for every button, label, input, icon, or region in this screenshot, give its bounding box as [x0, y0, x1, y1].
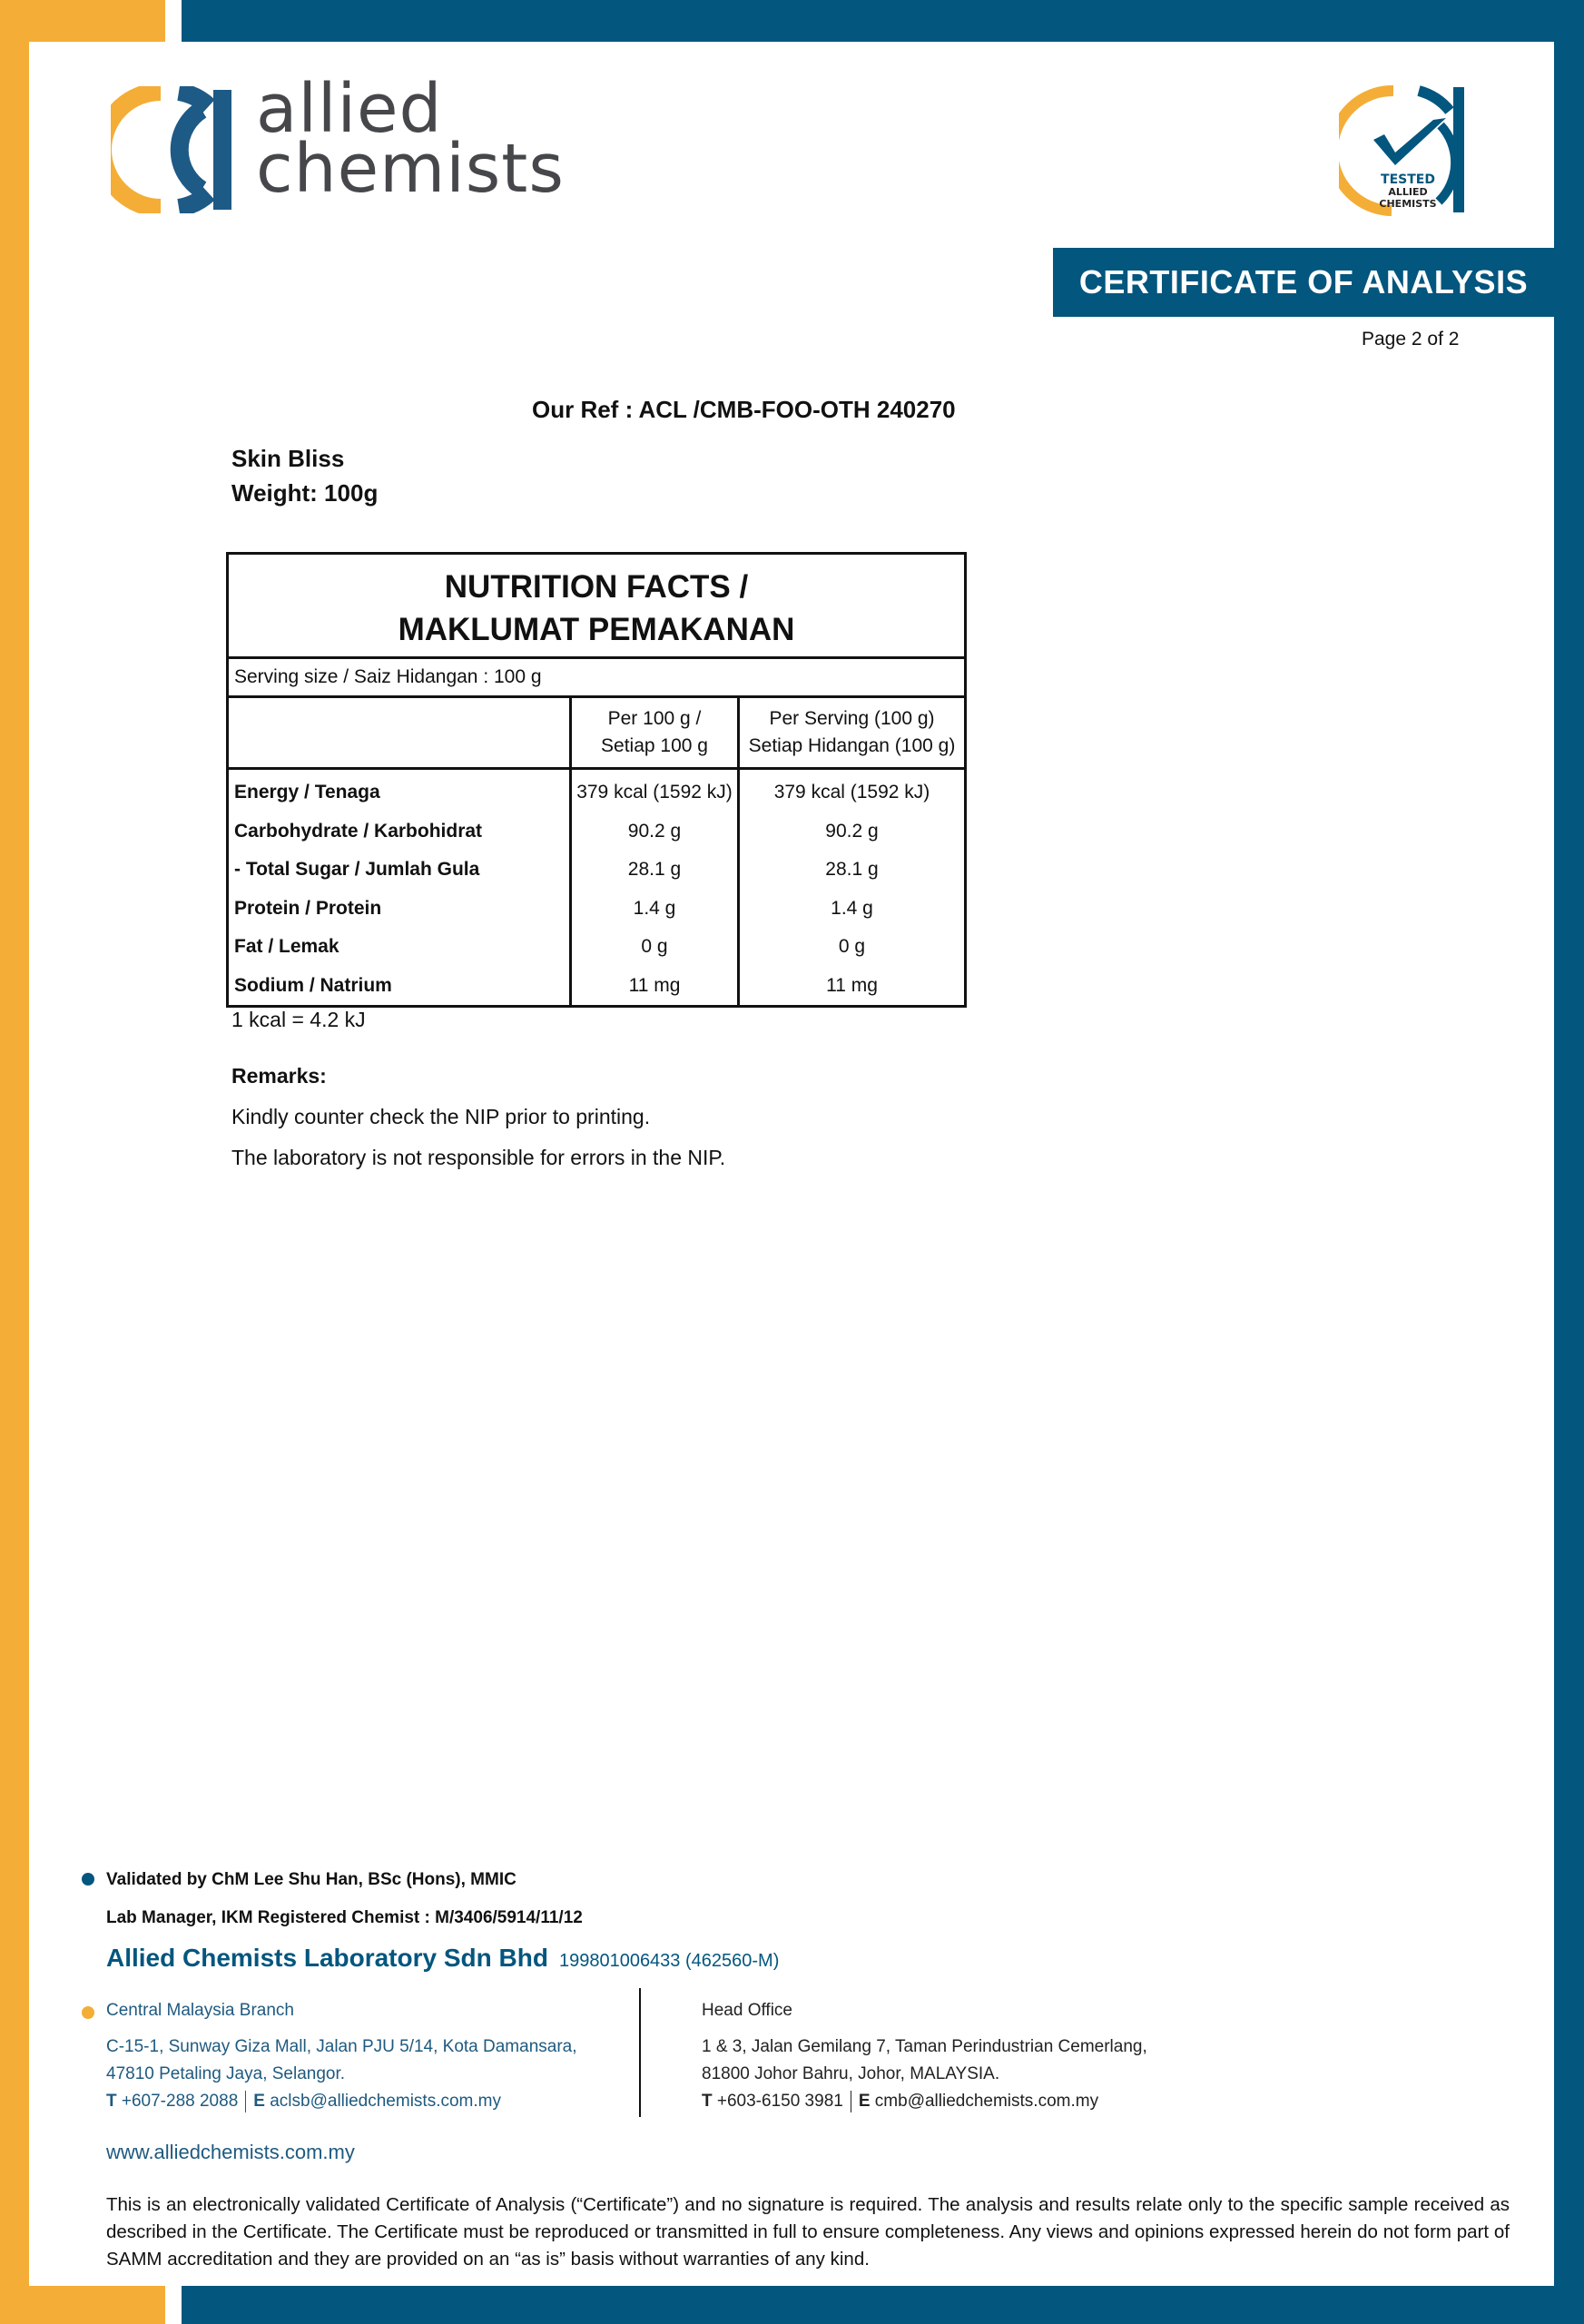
divider [851, 2091, 851, 2112]
frame-blue-top [182, 0, 1584, 42]
nutrient-name: Sodium / Natrium [229, 967, 572, 1006]
product-name: Skin Bliss [231, 441, 378, 476]
head-office-contact: T +603-6150 3981E cmb@alliedchemists.com… [702, 2088, 1147, 2115]
col2-label-en: Per Serving (100 g) [742, 705, 962, 733]
col1-label-ms: Setiap 100 g [574, 733, 735, 760]
branch-address: Central Malaysia Branch C-15-1, Sunway G… [106, 1997, 577, 2115]
nutrient-name: - Total Sugar / Jumlah Gula [229, 851, 572, 890]
column-header-per-serving: Per Serving (100 g) Setiap Hidangan (100… [740, 698, 964, 770]
bullet-blue-icon [82, 1873, 94, 1886]
tel-label: T [106, 2092, 117, 2111]
logo-word-chemists: chemists [256, 139, 565, 199]
head-office-address: Head Office 1 & 3, Jalan Gemilang 7, Tam… [702, 1997, 1147, 2115]
frame-blue-right [1554, 0, 1584, 2324]
nutrient-name: Protein / Protein [229, 890, 572, 929]
branch-address-line: 47810 Petaling Jaya, Selangor. [106, 2061, 577, 2088]
validation-info: Validated by ChM Lee Shu Han, BSc (Hons)… [106, 1861, 583, 1937]
nutrient-value-per-100g: 379 kcal (1592 kJ) [572, 770, 740, 812]
nutrient-value-per-serving: 28.1 g [740, 851, 964, 890]
company-line: Allied Chemists Laboratory Sdn Bhd199801… [106, 1944, 779, 1973]
divider [245, 2091, 246, 2112]
remark-line: The laboratory is not responsible for er… [231, 1146, 725, 1170]
nutrition-grid: Per 100 g / Setiap 100 g Per Serving (10… [229, 698, 964, 1005]
remark-line: Kindly counter check the NIP prior to pr… [231, 1105, 650, 1129]
badge-text: TESTED ALLIED CHEMISTS [1372, 174, 1444, 210]
company-registration: 199801006433 (462560-M) [559, 1951, 779, 1971]
nutrition-table-title: NUTRITION FACTS / MAKLUMAT PEMAKANAN [229, 555, 964, 659]
bullet-orange-icon [82, 2006, 94, 2019]
lab-manager-registration: Lab Manager, IKM Registered Chemist : M/… [106, 1899, 583, 1937]
branch-address-line: C-15-1, Sunway Giza Mall, Jalan PJU 5/14… [106, 2033, 577, 2061]
head-office-address-line: 1 & 3, Jalan Gemilang 7, Taman Perindust… [702, 2033, 1147, 2061]
column-header-per-100g: Per 100 g / Setiap 100 g [572, 698, 740, 770]
reference-number: Our Ref : ACL /CMB-FOO-OTH 240270 [532, 396, 956, 424]
email-label: E [253, 2092, 265, 2111]
head-office-address-line: 81800 Johor Bahru, Johor, MALAYSIA. [702, 2061, 1147, 2088]
nutrient-value-per-serving: 90.2 g [740, 812, 964, 852]
address-divider [639, 1988, 641, 2117]
nutrition-title-ms: MAKLUMAT PEMAKANAN [229, 608, 964, 651]
head-office-title: Head Office [702, 1997, 1147, 2024]
remarks-heading: Remarks: [231, 1064, 327, 1088]
website-link[interactable]: www.alliedchemists.com.my [106, 2141, 355, 2164]
branch-email-link[interactable]: aclsb@alliedchemists.com.my [270, 2092, 501, 2111]
tested-badge: TESTED ALLIED CHEMISTS [1339, 84, 1475, 220]
nutrient-value-per-100g: 11 mg [572, 967, 740, 1006]
nutrient-value-per-serving: 11 mg [740, 967, 964, 1006]
tel-label: T [702, 2092, 713, 2111]
nutrient-value-per-100g: 28.1 g [572, 851, 740, 890]
company-logo: allied chemists [111, 86, 546, 213]
frame-orange-left [0, 0, 29, 2324]
nutrition-title-en: NUTRITION FACTS / [229, 566, 964, 608]
badge-chemists: CHEMISTS [1372, 198, 1444, 210]
nutrient-value-per-serving: 1.4 g [740, 890, 964, 929]
column-header-nutrient [229, 698, 572, 770]
disclaimer: This is an electronically validated Cert… [106, 2191, 1510, 2273]
col2-label-ms: Setiap Hidangan (100 g) [742, 733, 962, 760]
logo-wordmark: allied chemists [256, 79, 565, 199]
page-number: Page 2 of 2 [1362, 329, 1459, 350]
nutrient-name: Energy / Tenaga [229, 770, 572, 812]
head-office-email-link[interactable]: cmb@alliedchemists.com.my [875, 2092, 1098, 2111]
company-name: Allied Chemists Laboratory Sdn Bhd [106, 1944, 548, 1972]
frame-orange-top [0, 0, 165, 42]
frame-blue-bottom [182, 2286, 1584, 2324]
nutrient-value-per-100g: 0 g [572, 928, 740, 967]
email-label: E [859, 2092, 871, 2111]
branch-title: Central Malaysia Branch [106, 1997, 577, 2024]
energy-conversion-note: 1 kcal = 4.2 kJ [231, 1008, 366, 1032]
nutrition-facts-table: NUTRITION FACTS / MAKLUMAT PEMAKANAN Ser… [226, 552, 967, 1008]
nutrient-name: Fat / Lemak [229, 928, 572, 967]
badge-tested: TESTED [1372, 174, 1444, 186]
logo-mark-icon [111, 86, 247, 213]
frame-orange-bottom [0, 2286, 165, 2324]
document-title: CERTIFICATE OF ANALYSIS [1053, 248, 1554, 317]
product-info: Skin Bliss Weight: 100g [231, 441, 378, 510]
branch-contact: T +607-288 2088E aclsb@alliedchemists.co… [106, 2088, 577, 2115]
head-office-phone[interactable]: +603-6150 3981 [717, 2092, 843, 2111]
col1-label-en: Per 100 g / [574, 705, 735, 733]
serving-size: Serving size / Saiz Hidangan : 100 g [229, 659, 964, 698]
nutrient-name: Carbohydrate / Karbohidrat [229, 812, 572, 852]
nutrient-value-per-100g: 90.2 g [572, 812, 740, 852]
nutrient-value-per-serving: 0 g [740, 928, 964, 967]
nutrient-value-per-serving: 379 kcal (1592 kJ) [740, 770, 964, 812]
validated-by: Validated by ChM Lee Shu Han, BSc (Hons)… [106, 1861, 583, 1899]
branch-phone[interactable]: +607-288 2088 [122, 2092, 238, 2111]
product-weight: Weight: 100g [231, 476, 378, 510]
badge-allied: ALLIED [1372, 186, 1444, 198]
nutrient-value-per-100g: 1.4 g [572, 890, 740, 929]
